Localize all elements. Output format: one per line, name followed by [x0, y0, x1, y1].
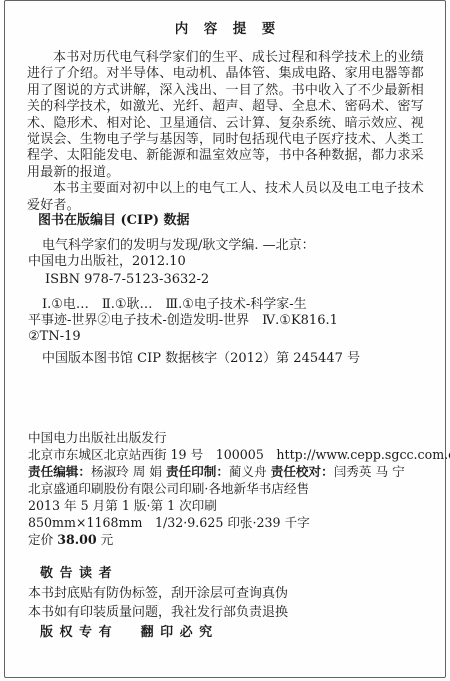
cip-heading: 图书在版编目 (CIP) 数据 — [28, 213, 426, 229]
print-company-line: 北京盛通印刷股份有限公司印刷·各地新华书店经售 — [28, 480, 442, 497]
editor-names: 杨淑玲 周 娟 — [91, 464, 166, 479]
price-value: 38.00 — [57, 532, 96, 547]
format-line: 850mm×1168mm 1/32·9.625 印张·239 千字 — [28, 514, 442, 531]
address-line: 北京市东城区北京站西街 19 号 100005 http://www.cepp.… — [28, 446, 442, 463]
edition-line: 2013 年 5 月第 1 版·第 1 次印刷 — [28, 497, 442, 514]
cip-class-line-2: 平事迹-世界②电子技术-创造发明-世界 Ⅳ.①K816.1 — [28, 313, 426, 329]
cip-class-line-1: Ⅰ.①电… Ⅱ.①耿… Ⅲ.①电子技术-科学家-生 — [28, 297, 426, 313]
imprint-section: 中国电力出版社出版发行 北京市东城区北京站西街 19 号 100005 http… — [28, 429, 442, 548]
summary-paragraph-2: 本书主要面对初中以上的电气工人、技术人员以及电工电子技术爱好者。 — [27, 181, 424, 214]
cip-title-line: 电气科学家们的发明与发现/耿文学编. —北京： — [28, 238, 426, 254]
cip-publisher-line: 中国电力出版社，2012.10 — [28, 254, 426, 270]
publisher-line: 中国电力出版社出版发行 — [28, 429, 442, 446]
cip-isbn: ISBN 978-7-5123-3632-2 — [28, 272, 426, 288]
printer-label: 责任印制： — [166, 464, 229, 479]
notice-line-2: 本书如有印装质量问题，我社发行部负责退换 — [28, 603, 426, 623]
proofreader-names: 闫秀英 马 宁 — [334, 464, 405, 479]
notice-line-1: 本书封底贴有防伪标签，刮开涂层可查询真伪 — [28, 584, 426, 604]
price-unit: 元 — [97, 532, 114, 547]
editor-label: 责任编辑： — [28, 464, 91, 479]
cip-class-line-3: ②TN-19 — [28, 329, 426, 345]
book-copyright-page: { "summary": { "title": "内 容 提 要", "para… — [0, 0, 450, 681]
notice-heading: 敬 告 读 者 — [28, 564, 426, 584]
staff-line: 责任编辑：杨淑玲 周 娟 责任印制：蔺义舟 责任校对：闫秀英 马 宁 — [28, 463, 442, 480]
notice-section: 敬 告 读 者 本书封底贴有防伪标签，刮开涂层可查询真伪 本书如有印装质量问题，… — [28, 564, 426, 642]
proofreader-label: 责任校对： — [271, 464, 334, 479]
cip-record-line: 中国版本图书馆 CIP 数据核字（2012）第 245447 号 — [28, 351, 426, 367]
summary-title: 内 容 提 要 — [27, 17, 424, 37]
summary-paragraph-1: 本书对历代电气科学家们的生平、成长过程和科学技术上的业绩进行了介绍。对半导体、电… — [27, 50, 424, 181]
summary-section: 内 容 提 要 本书对历代电气科学家们的生平、成长过程和科学技术上的业绩进行了介… — [27, 17, 424, 214]
copyright-line: 版 权 专 有 翻 印 必 究 — [28, 623, 426, 643]
printer-name: 蔺义舟 — [229, 464, 271, 479]
price-line: 定价 38.00 元 — [28, 531, 442, 548]
price-label: 定价 — [28, 532, 57, 547]
cip-section: 图书在版编目 (CIP) 数据 电气科学家们的发明与发现/耿文学编. —北京： … — [28, 213, 426, 367]
